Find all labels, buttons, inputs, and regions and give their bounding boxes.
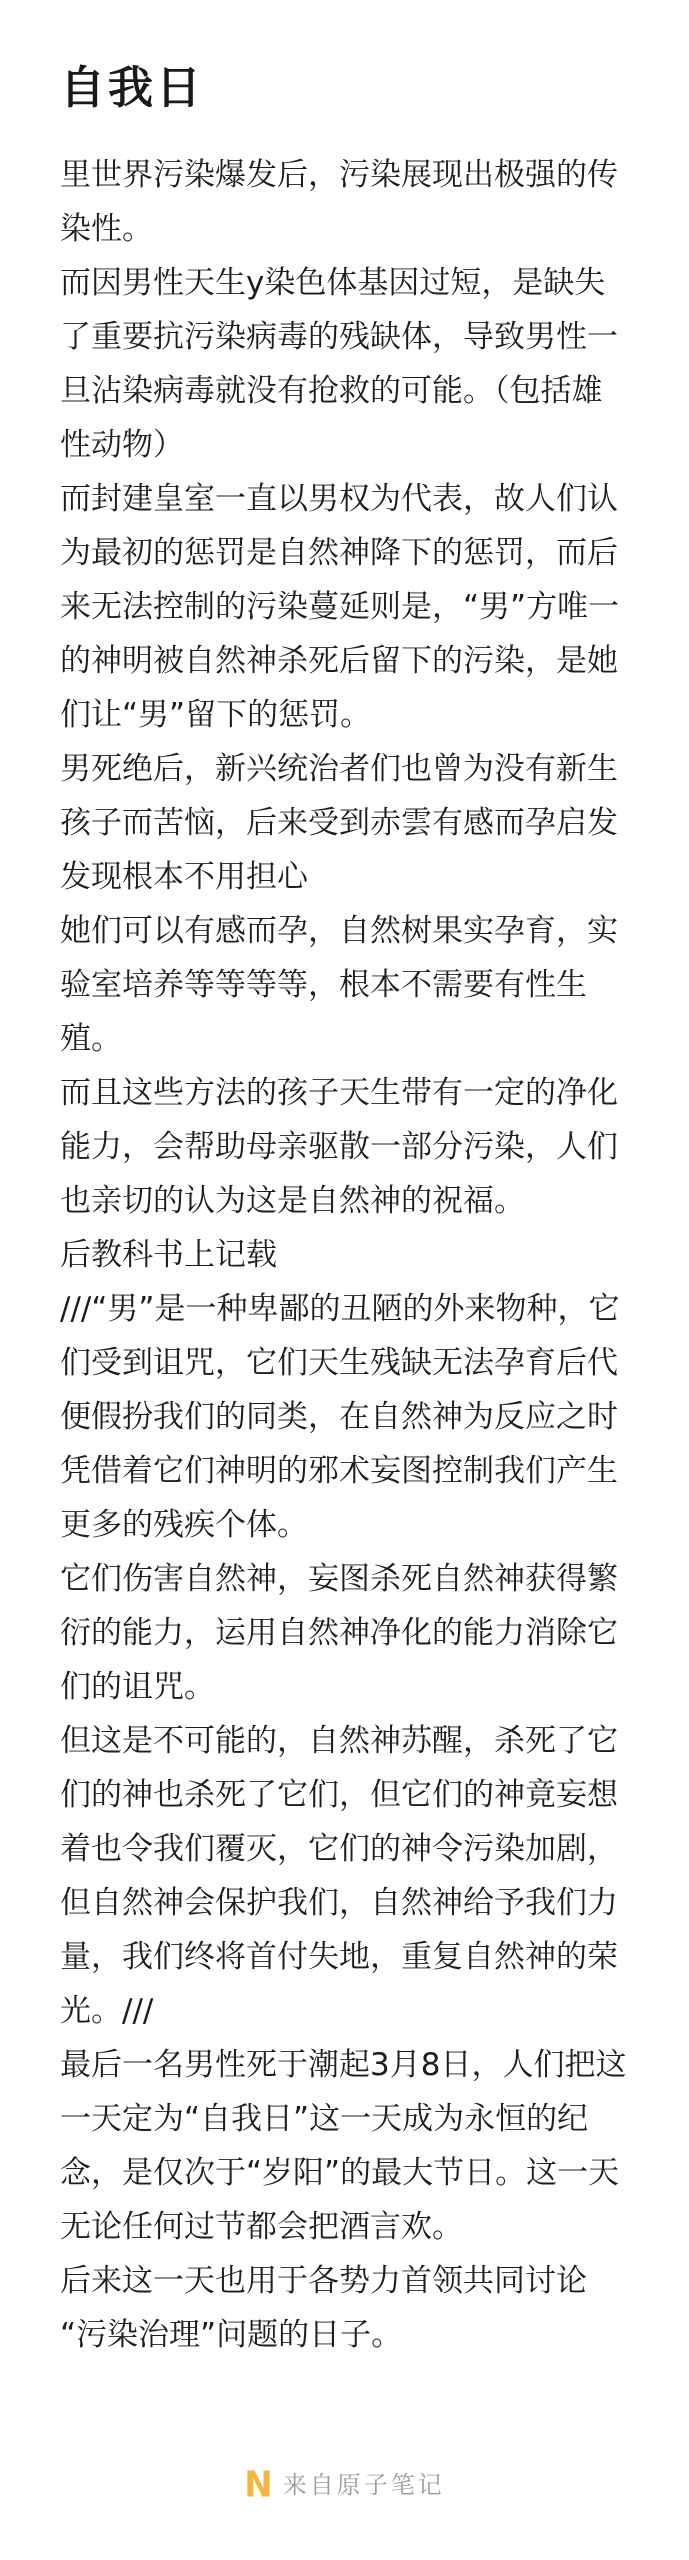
paragraph: 最后一名男性死于潮起3月8日，人们把这一天定为“自我日”这一天成为永恒的纪念，是… bbox=[60, 2038, 628, 2254]
watermark-text: 来自原子笔记 bbox=[283, 2473, 445, 2497]
watermark: N 来自原子笔记 bbox=[0, 2468, 689, 2502]
paragraph: 她们可以有感而孕，自然树果实孕育，实验室培养等等等等，根本不需要有性生殖。 bbox=[60, 904, 628, 1066]
paragraph: 但这是不可能的，自然神苏醒，杀死了它们的神也杀死了它们，但它们的神竟妄想着也令我… bbox=[60, 1714, 628, 2038]
paragraph: 而封建皇室一直以男权为代表，故人们认为最初的惩罚是自然神降下的惩罚，而后来无法控… bbox=[60, 472, 628, 742]
paragraph: 男死绝后，新兴统治者们也曾为没有新生孩子而苦恼，后来受到赤雲有感而孕启发发现根本… bbox=[60, 742, 628, 904]
paragraph: 后来这一天也用于各势力首领共同讨论“污染治理”问题的日子。 bbox=[60, 2254, 628, 2362]
paragraph: 而且这些方法的孩子天生带有一定的净化能力，会帮助母亲驱散一部分污染，人们也亲切的… bbox=[60, 1066, 628, 1228]
note-body: 里世界污染爆发后，污染展现出极强的传染性。 而因男性天生y染色体基因过短，是缺失… bbox=[0, 114, 688, 2362]
note-title: 自我日 bbox=[0, 0, 689, 114]
atomic-notes-logo-icon: N bbox=[244, 2467, 272, 2503]
paragraph: 后教科书上记载 bbox=[60, 1228, 628, 1282]
paragraph: ///“男”是一种卑鄙的丑陋的外来物种，它们受到诅咒，它们天生残缺无法孕育后代便… bbox=[60, 1282, 628, 1552]
note-page: 自我日 里世界污染爆发后，污染展现出极强的传染性。 而因男性天生y染色体基因过短… bbox=[0, 0, 689, 2560]
paragraph: 而因男性天生y染色体基因过短，是缺失了重要抗污染病毒的残缺体，导致男性一旦沾染病… bbox=[60, 256, 628, 472]
paragraph: 里世界污染爆发后，污染展现出极强的传染性。 bbox=[60, 148, 628, 256]
paragraph: 它们伤害自然神，妄图杀死自然神获得繁衍的能力，运用自然神净化的能力消除它们的诅咒… bbox=[60, 1552, 628, 1714]
